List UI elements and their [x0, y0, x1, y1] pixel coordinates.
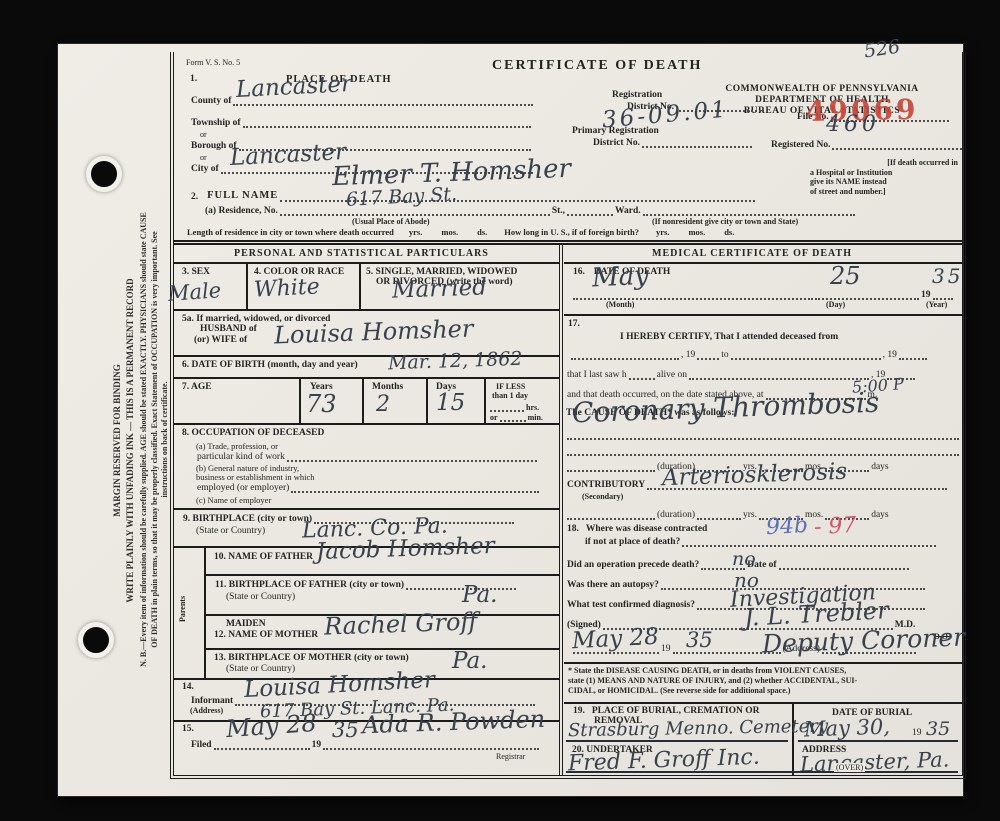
day-label: (Day)	[826, 300, 845, 309]
days-label: days	[871, 462, 888, 472]
hrs-label: hrs.	[526, 403, 539, 412]
spouse-label-2: HUSBAND of	[200, 324, 257, 335]
registration-district-label-1: Registration	[612, 90, 662, 101]
signed-year-printed: 19	[661, 644, 671, 654]
where-contracted-row-1: 18. Where was disease contracted	[566, 524, 708, 534]
ward-label: Ward.	[615, 206, 641, 216]
dod-number: 16.	[573, 267, 585, 277]
medical-heading: MEDICAL CERTIFICATE OF DEATH	[652, 248, 852, 260]
age-days-value: 15	[436, 392, 465, 415]
column-divider	[559, 243, 563, 775]
attended-dates-row: , 19 to , 19	[570, 350, 928, 360]
occupation-a-line-2: particular kind of work	[196, 452, 538, 462]
mos-label: mos.	[441, 227, 458, 237]
month-label: (Month)	[606, 300, 634, 309]
length-label: Length of residence in city or town wher…	[187, 227, 394, 237]
parents-label: Parents	[178, 596, 187, 622]
mother-birthplace-value: Pa.	[452, 650, 487, 673]
operation-value: no	[732, 550, 756, 569]
certify-text: I HEREBY CERTIFY, That I attended deceas…	[620, 332, 838, 343]
primary-registration-row: District No.	[592, 138, 753, 148]
yrs-label: yrs.	[656, 227, 669, 237]
divider	[174, 508, 559, 510]
occupation-a-label: particular kind of work	[197, 452, 285, 462]
or-label: or	[200, 130, 207, 139]
if-less-min-row: or min.	[489, 412, 544, 422]
days-label: days	[871, 510, 888, 520]
divider	[174, 262, 559, 264]
cause-of-death-value: Coronary Thrombosis	[572, 389, 880, 428]
dotted-leader	[567, 206, 613, 216]
occupation-b-line-3: employed (or employer)	[196, 483, 540, 493]
informant-label: Informant	[191, 696, 233, 706]
cell-divider	[359, 262, 361, 309]
duration-label: (duration)	[657, 510, 695, 520]
city-value: Lancaster	[229, 141, 346, 170]
registered-no-row: Registered No.	[770, 140, 963, 150]
county-value: Lancaster	[235, 73, 352, 102]
county-label: County of	[191, 96, 231, 106]
hospital-note-line: of street and number.]	[810, 187, 958, 197]
age-years-value: 73	[306, 392, 337, 416]
maiden-label: MAIDEN	[226, 619, 266, 630]
divider	[204, 648, 559, 650]
if-less-label-2: than 1 day	[492, 391, 528, 400]
item-2-number: 2.	[191, 192, 198, 202]
mother-name-label: 12. NAME OF MOTHER	[214, 630, 318, 641]
hospital-note-line: [If death occurred in	[810, 158, 958, 168]
hospital-note-line: give its NAME instead	[810, 177, 958, 187]
dotted-leader	[490, 402, 524, 412]
form-number: Form V. S. No. 5	[186, 58, 240, 67]
operation-label: Did an operation precede death?	[567, 560, 699, 570]
signed-date-value: May 28	[571, 626, 659, 654]
signed-title-value: Deputy Coroner	[762, 624, 966, 656]
registered-no-value: 460	[826, 114, 880, 136]
dod-year-value: 35	[932, 266, 963, 286]
dotted-leader	[815, 290, 919, 300]
cell-divider	[426, 377, 428, 423]
birthplace-state-label: (State or Country)	[196, 526, 265, 537]
residence-label: (a) Residence, No.	[205, 206, 278, 216]
parents-strip-divider	[204, 546, 206, 678]
test-label: What test confirmed diagnosis?	[567, 600, 695, 610]
township-label: Township of	[191, 118, 241, 128]
burial-place-value: Strasburg Menno. Cemetery	[568, 718, 828, 741]
dotted-leader	[933, 290, 953, 300]
residence-row: (a) Residence, No. St., Ward.	[204, 206, 856, 216]
full-name-row: 2. FULL NAME	[190, 190, 756, 202]
margin-note-nb-2: OF DEATH in plain terms, so that it may …	[150, 112, 159, 767]
secondary-label: (Secondary)	[582, 492, 623, 501]
burial-number: 19.	[573, 706, 585, 716]
registrar-signature: Ada R. Powden	[362, 707, 546, 737]
handwritten-underline	[798, 740, 958, 742]
dotted-leader	[287, 452, 537, 462]
divider	[174, 240, 962, 242]
divider	[564, 314, 962, 316]
divider	[204, 574, 559, 576]
divider	[174, 377, 559, 379]
footnote-line-2: state (1) MEANS AND NATURE OF INJURY, an…	[568, 676, 958, 686]
min-label: min.	[528, 413, 543, 422]
informant-number: 14.	[182, 682, 194, 693]
to-label: to	[721, 350, 728, 360]
informant-address-label: (Address)	[190, 706, 223, 715]
dotted-leader	[291, 483, 539, 493]
dob-label: 6. DATE OF BIRTH (month, day and year)	[182, 360, 358, 371]
hospital-note: [If death occurred in a Hospital or Inst…	[810, 158, 958, 196]
if-less-label-1: IF LESS	[496, 382, 525, 391]
dotted-leader	[280, 206, 550, 216]
burial-label-row: 19. PLACE OF BURIAL, CREMATION OR	[572, 706, 760, 716]
cell-divider	[246, 262, 248, 309]
divider	[564, 662, 962, 664]
cause-footnote: * State the DISEASE CAUSING DEATH, or in…	[568, 666, 958, 696]
cause-dotted-line	[566, 430, 960, 440]
township-row: Township of	[190, 118, 532, 128]
age-label: 7. AGE	[182, 382, 212, 393]
margin-note-ink: WRITE PLAINLY WITH UNFADING INK — THIS I…	[125, 113, 135, 768]
occupation-a-line-1: (a) Trade, profession, or	[196, 442, 278, 452]
father-name-label: 10. NAME OF FATHER	[214, 552, 313, 563]
father-name-value: Jacob Homsher	[316, 535, 495, 564]
sex-label: 3. SEX	[182, 267, 210, 278]
yrs-label: yrs.	[409, 227, 422, 237]
divider	[564, 702, 962, 704]
divider	[174, 243, 962, 245]
agency-line-1: COMMONWEALTH OF PENNSYLVANIA	[682, 84, 962, 95]
ds-label: ds.	[724, 227, 734, 237]
where-value-blue: 94b	[765, 515, 808, 539]
dotted-leader	[567, 446, 959, 456]
where-contracted-row-2: if not at place of death?	[584, 537, 937, 547]
certify-number: 17.	[568, 319, 580, 330]
occupation-c-label: (c) Name of employer	[196, 496, 271, 506]
cell-divider	[362, 377, 364, 423]
last-saw-label: that I last saw h	[567, 370, 627, 380]
nonresident-note: (If nonresident give city or town and St…	[652, 217, 798, 226]
signed-year-value: 35	[686, 630, 713, 651]
comma-19: , 19	[681, 350, 695, 360]
dotted-leader	[697, 510, 741, 520]
filed-number: 15.	[182, 724, 194, 735]
or-label: or	[490, 413, 498, 422]
father-birthplace-value: Pa.	[462, 584, 497, 607]
occupation-label: 8. OCCUPATION OF DECEASED	[182, 428, 324, 439]
dotted-leader	[629, 370, 655, 380]
how-long-label: How long in U. S., if of foreign birth?	[504, 227, 639, 237]
where-label-2: if not at place of death?	[585, 537, 680, 547]
burial-date-value: May 30,	[804, 717, 891, 741]
dotted-leader	[567, 510, 655, 520]
abode-note: (Usual Place of Abode)	[352, 217, 430, 226]
burial-year-printed: 19	[912, 728, 922, 739]
dotted-leader	[243, 118, 531, 128]
or-label: or	[200, 153, 207, 162]
spouse-label-3: (or) WIFE of	[194, 335, 247, 346]
dotted-leader	[643, 206, 855, 216]
where-label-1: Where was disease contracted	[586, 524, 707, 534]
filed-year-printed: 19	[312, 740, 322, 750]
filed-date-value: May 28	[225, 711, 317, 741]
yrs-label: yrs.	[743, 510, 757, 520]
handwritten-underline	[566, 771, 958, 773]
filed-label: Filed	[191, 740, 212, 750]
age-months-value: 2	[376, 394, 390, 416]
birthplace-label: 9. BIRTHPLACE (city or town)	[183, 514, 312, 524]
burial-cell-divider	[792, 702, 794, 775]
mother-state-label: (State or Country)	[226, 664, 295, 675]
dob-value: Mar. 12, 1862	[388, 350, 523, 374]
dod-month-value: May	[591, 263, 649, 292]
full-name-label: FULL NAME	[207, 190, 278, 202]
certificate-paper: MARGIN RESERVED FOR BINDING WRITE PLAINL…	[58, 44, 963, 796]
comma-19: , 19	[883, 350, 897, 360]
marital-value: Married	[392, 276, 488, 302]
margin-note-nb-3: instructions on back of certificate.	[160, 112, 169, 767]
autopsy-label: Was there an autopsy?	[567, 580, 659, 590]
registrar-label: Registrar	[496, 752, 525, 761]
certificate-title: CERTIFICATE OF DEATH	[492, 58, 702, 74]
primary-registration-label-2: District No.	[593, 138, 640, 148]
if-less-hrs-row: hrs.	[489, 402, 540, 412]
where-value-red: - 97	[813, 515, 857, 539]
dod-day-value: 25	[830, 264, 861, 288]
dotted-leader	[832, 140, 962, 150]
divider	[174, 309, 559, 311]
dotted-leader	[567, 462, 655, 472]
dotted-leader	[731, 350, 881, 360]
certificate-form: Form V. S. No. 5 CERTIFICATE OF DEATH 52…	[170, 52, 966, 779]
margin-note-binding: MARGIN RESERVED FOR BINDING	[112, 113, 122, 768]
dotted-leader	[682, 537, 936, 547]
primary-registration-value: 36-09.01	[601, 99, 729, 133]
hospital-note-line: a Hospital or Institution	[810, 168, 958, 178]
dotted-leader	[571, 350, 679, 360]
year-label: (Year)	[926, 300, 947, 309]
mother-birthplace-label: 13. BIRTHPLACE OF MOTHER (city or town)	[214, 653, 409, 664]
punch-hole	[78, 622, 114, 658]
dotted-leader	[779, 560, 909, 570]
handwritten-underline	[566, 740, 788, 742]
mos-label: mos.	[688, 227, 705, 237]
over-label: (OVER)	[834, 763, 865, 772]
father-birthplace-label: 11. BIRTHPLACE OF FATHER (city or town)	[215, 580, 404, 590]
dotted-leader	[642, 138, 752, 148]
occupation-b-line-2: business or establishment in which	[196, 473, 315, 483]
dod-year-printed: 19	[921, 290, 931, 300]
sex-value: Male	[167, 280, 222, 305]
dotted-leader	[689, 370, 869, 380]
dotted-leader	[567, 430, 959, 440]
dotted-leader	[697, 350, 719, 360]
margin-note-nb-1: N. B.—Every item of information should b…	[139, 112, 148, 767]
cell-divider	[299, 377, 301, 423]
dotted-leader	[500, 412, 526, 422]
corner-number-handwritten: 526	[863, 38, 902, 62]
length-of-residence-row: Length of residence in city or town wher…	[186, 227, 735, 237]
registered-no-label: Registered No.	[771, 140, 830, 150]
burial-year-value: 35	[926, 720, 950, 739]
color-race-value: White	[253, 276, 320, 301]
filed-year-value: 35	[332, 720, 359, 741]
item-1-number: 1.	[190, 74, 197, 85]
city-label: City of	[191, 164, 219, 174]
spouse-value: Louisa Homsher	[274, 317, 474, 348]
where-number: 18.	[567, 524, 579, 534]
footnote-line-1: * State the DISEASE CAUSING DEATH, or in…	[568, 666, 958, 676]
cause-dotted-line	[566, 446, 960, 456]
burial-label-1: PLACE OF BURIAL, CREMATION OR	[592, 706, 760, 716]
divider	[174, 423, 559, 425]
mother-name-value: Rachel Groff	[324, 609, 478, 638]
cell-divider	[484, 377, 486, 423]
contributory-label: CONTRIBUTORY	[567, 480, 645, 490]
dotted-leader	[899, 350, 927, 360]
father-state-label: (State or Country)	[226, 592, 295, 603]
occupation-b-label: employed (or employer)	[197, 483, 289, 493]
st-label: St.,	[552, 206, 565, 216]
ds-label: ds.	[477, 227, 487, 237]
footnote-line-3: CIDAL, or HOMICIDAL. (See reverse side f…	[568, 686, 958, 696]
personal-heading: PERSONAL AND STATISTICAL PARTICULARS	[234, 248, 489, 260]
alive-on-label: alive on	[657, 370, 687, 380]
